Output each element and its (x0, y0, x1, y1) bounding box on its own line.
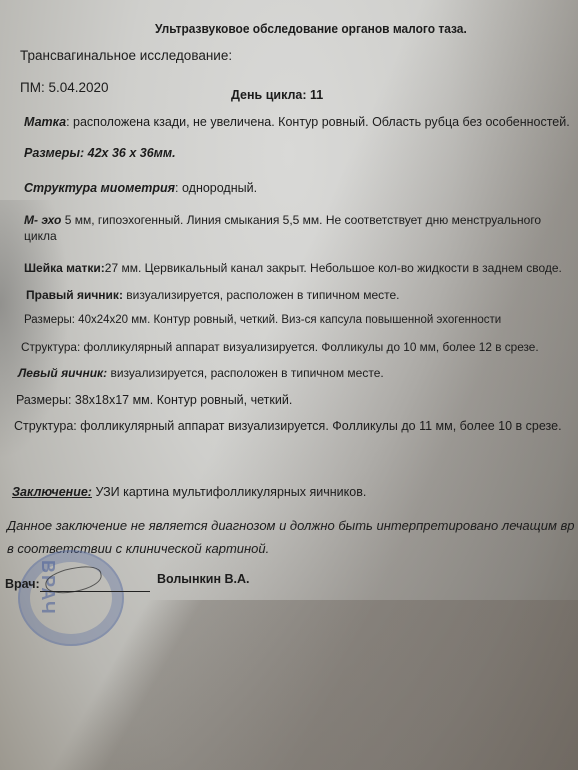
uterus-size: Размеры: 42х 36 х 36мм. (24, 146, 176, 160)
conclusion-text: УЗИ картина мультифолликулярных яичников… (92, 485, 366, 499)
doctor-label: Врач: (5, 577, 40, 591)
myometrium-line: Структура миометрия: однородный. (24, 181, 257, 195)
m-echo-cont: цикла (24, 229, 57, 243)
disclaimer-line-2: в соответствии с клинической картиной. (7, 541, 269, 556)
left-ovary-label: Левый яичник: (18, 366, 107, 380)
disclaimer-line-1: Данное заключение не является диагнозом … (7, 518, 574, 533)
uterus-line: Матка: расположена кзади, не увеличена. … (24, 115, 570, 129)
left-ovary-size: Размеры: 38х18х17 мм. Контур ровный, чет… (16, 393, 292, 407)
uterus-text: : расположена кзади, не увеличена. Конту… (66, 115, 570, 129)
cycle-day: День цикла: 11 (231, 88, 323, 102)
left-ovary-structure: Структура: фолликулярный аппарат визуали… (14, 419, 562, 433)
conclusion-line: Заключение: УЗИ картина мультифолликуляр… (12, 485, 366, 499)
doctor-name: Волынкин В.А. (157, 572, 249, 586)
left-ovary-line: Левый яичник: визуализируется, расположе… (18, 366, 384, 380)
cervix-text: 27 мм. Цервикальный канал закрыт. Неболь… (105, 261, 562, 275)
m-echo-text: 5 мм, гипоэхогенный. Линия смыкания 5,5 … (61, 213, 541, 227)
right-ovary-structure: Структура: фолликулярный аппарат визуали… (21, 340, 539, 354)
left-ovary-text: визуализируется, расположен в типичном м… (107, 366, 384, 380)
right-ovary-line: Правый яичник: визуализируется, располож… (26, 288, 400, 302)
m-echo-label: М- эхо (24, 213, 61, 227)
right-ovary-size: Размеры: 40х24х20 мм. Контур ровный, чет… (24, 314, 501, 326)
cervix-label: Шейка матки: (24, 261, 105, 275)
myometrium-label: Структура миометрия (24, 181, 175, 195)
document-title: Ультразвуковое обследование органов мало… (155, 21, 467, 36)
myometrium-text: : однородный. (175, 181, 257, 195)
uterus-label: Матка (24, 115, 66, 129)
exam-method: Трансвагинальное исследование: (20, 48, 232, 63)
cervix-line: Шейка матки:27 мм. Цервикальный канал за… (24, 261, 562, 275)
right-ovary-text: визуализируется, расположен в типичном м… (123, 288, 400, 302)
right-ovary-label: Правый яичник: (26, 288, 123, 302)
conclusion-label: Заключение: (12, 485, 92, 499)
m-echo-line: М- эхо 5 мм, гипоэхогенный. Линия смыкан… (24, 213, 541, 227)
doctor-stamp (18, 550, 124, 646)
last-period-date: ПМ: 5.04.2020 (20, 80, 109, 95)
signature-line (40, 591, 150, 592)
